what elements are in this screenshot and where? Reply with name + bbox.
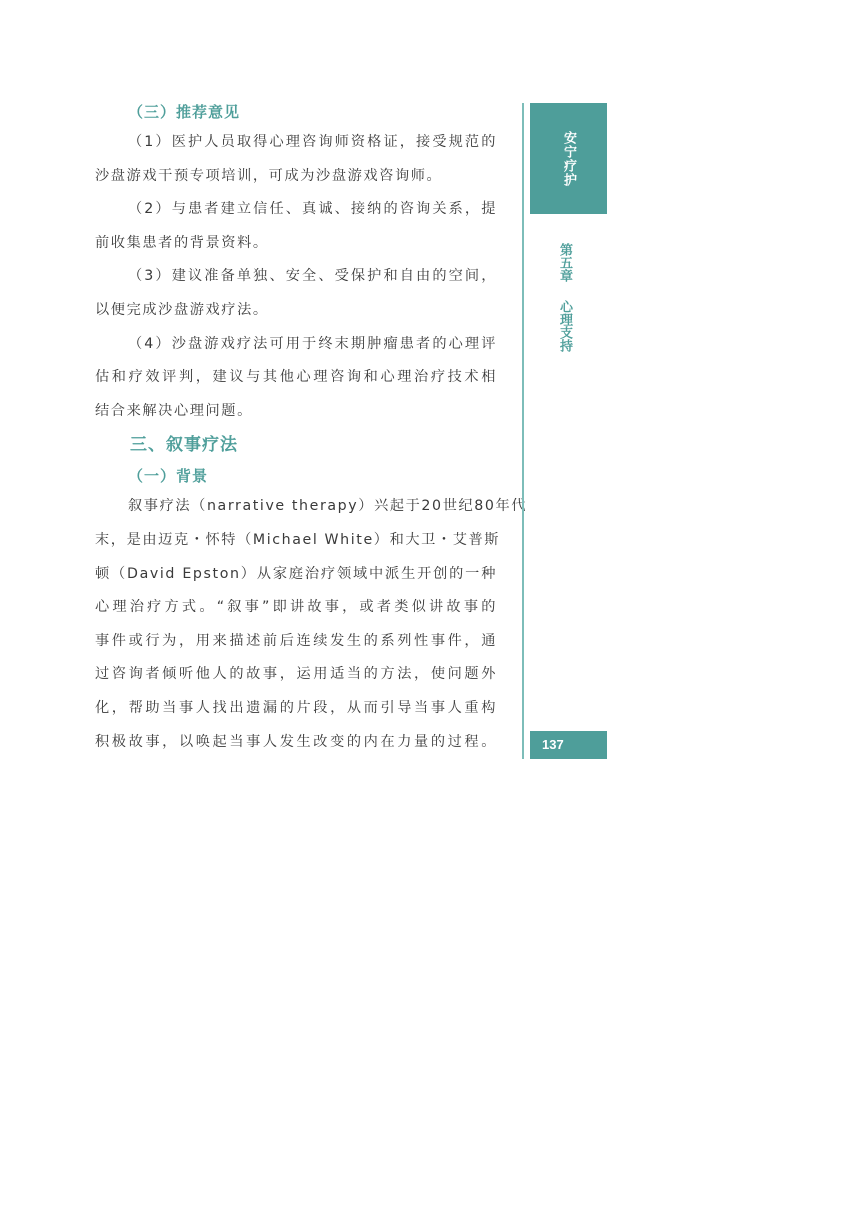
paragraph-line: 事件或行为，用来描述前后连续发生的系列性事件，通 bbox=[95, 625, 497, 659]
recommendation-item-4: （4）沙盘游戏疗法可用于终末期肿瘤患者的心理评 估和疗效评判，建议与其他心理咨询… bbox=[95, 328, 497, 429]
paragraph-line: 结合来解决心理问题。 bbox=[95, 395, 497, 429]
paragraph-line: 前收集患者的背景资料。 bbox=[95, 227, 497, 261]
recommendation-item-2: （2）与患者建立信任、真诚、接纳的咨询关系，提 前收集患者的背景资料。 bbox=[95, 193, 497, 260]
recommendation-item-1: （1）医护人员取得心理咨询师资格证，接受规范的 沙盘游戏干预专项培训，可成为沙盘… bbox=[95, 126, 497, 193]
book-title-tab: 安宁疗护 bbox=[530, 103, 607, 214]
paragraph-line: 末，是由迈克・怀特（Michael White）和大卫・艾普斯 bbox=[95, 524, 497, 558]
paragraph-line: 过咨询者倾听他人的故事，运用适当的方法，使问题外 bbox=[95, 658, 497, 692]
paragraph-line: 叙事疗法（narrative therapy）兴起于20世纪80年代 bbox=[95, 490, 497, 524]
paragraph-line: 化，帮助当事人找出遗漏的片段，从而引导当事人重构 bbox=[95, 692, 497, 726]
paragraph-line: （3）建议准备单独、安全、受保护和自由的空间， bbox=[95, 260, 497, 294]
paragraph-line: 沙盘游戏干预专项培训，可成为沙盘游戏咨询师。 bbox=[95, 160, 497, 194]
paragraph-line: （4）沙盘游戏疗法可用于终末期肿瘤患者的心理评 bbox=[95, 328, 497, 362]
book-title: 安宁疗护 bbox=[559, 131, 578, 187]
page-body: （三）推荐意见 （1）医护人员取得心理咨询师资格证，接受规范的 沙盘游戏干预专项… bbox=[95, 98, 497, 759]
chapter-number: 第五章 bbox=[557, 243, 572, 282]
subsection-heading-recommendations: （三）推荐意见 bbox=[95, 98, 497, 126]
chapter-running-head: 第五章心理支持 bbox=[555, 243, 574, 352]
recommendation-item-3: （3）建议准备单独、安全、受保护和自由的空间， 以便完成沙盘游戏疗法。 bbox=[95, 260, 497, 327]
paragraph-line: 顿（David Epston）从家庭治疗领域中派生开创的一种 bbox=[95, 558, 497, 592]
subsection-heading-background: （一）背景 bbox=[95, 462, 497, 490]
page-number: 137 bbox=[530, 731, 607, 759]
paragraph-line: （2）与患者建立信任、真诚、接纳的咨询关系，提 bbox=[95, 193, 497, 227]
section-heading-narrative-therapy: 三、叙事疗法 bbox=[95, 428, 497, 462]
margin-divider-line bbox=[522, 103, 524, 759]
paragraph-line: 心理治疗方式。“叙事”即讲故事，或者类似讲故事的 bbox=[95, 591, 497, 625]
background-paragraph: 叙事疗法（narrative therapy）兴起于20世纪80年代 末，是由迈… bbox=[95, 490, 497, 759]
paragraph-line: 积极故事，以唤起当事人发生改变的内在力量的过程。 bbox=[95, 726, 497, 760]
paragraph-line: 以便完成沙盘游戏疗法。 bbox=[95, 294, 497, 328]
chapter-title: 心理支持 bbox=[557, 300, 572, 352]
paragraph-line: （1）医护人员取得心理咨询师资格证，接受规范的 bbox=[95, 126, 497, 160]
paragraph-line: 估和疗效评判，建议与其他心理咨询和心理治疗技术相 bbox=[95, 361, 497, 395]
